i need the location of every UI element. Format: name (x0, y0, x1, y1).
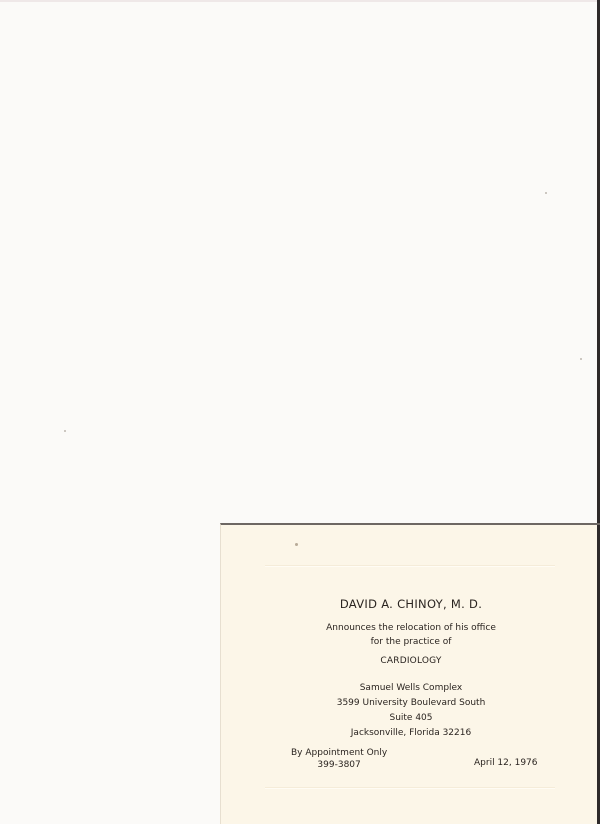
address-line: Suite 405 (221, 711, 600, 726)
address-line: Samuel Wells Complex (221, 681, 600, 696)
address-line: Jacksonville, Florida 32216 (221, 726, 600, 741)
specialty: CARDIOLOGY (221, 656, 600, 666)
card-speck (295, 543, 298, 546)
doctor-name: DAVID A. CHINOY, M. D. (221, 597, 600, 611)
announcement-card: DAVID A. CHINOY, M. D. Announces the rel… (220, 523, 600, 824)
appointment-note: By Appointment Only (291, 747, 387, 759)
embossed-line-bottom (265, 787, 555, 789)
appointment-block: By Appointment Only 399-3807 (291, 747, 387, 771)
paper-speck (580, 358, 582, 360)
announcement-line: for the practice of (221, 635, 600, 649)
paper-speck (64, 430, 66, 432)
announcement-text: Announces the relocation of his office f… (221, 621, 600, 649)
paper-speck (545, 192, 547, 194)
embossed-line-top (265, 565, 555, 567)
announcement-date: April 12, 1976 (474, 758, 538, 768)
office-address: Samuel Wells Complex 3599 University Bou… (221, 681, 600, 741)
phone-number: 399-3807 (291, 759, 387, 771)
page-top-edge (0, 0, 600, 2)
announcement-line: Announces the relocation of his office (221, 621, 600, 635)
address-line: 3599 University Boulevard South (221, 696, 600, 711)
